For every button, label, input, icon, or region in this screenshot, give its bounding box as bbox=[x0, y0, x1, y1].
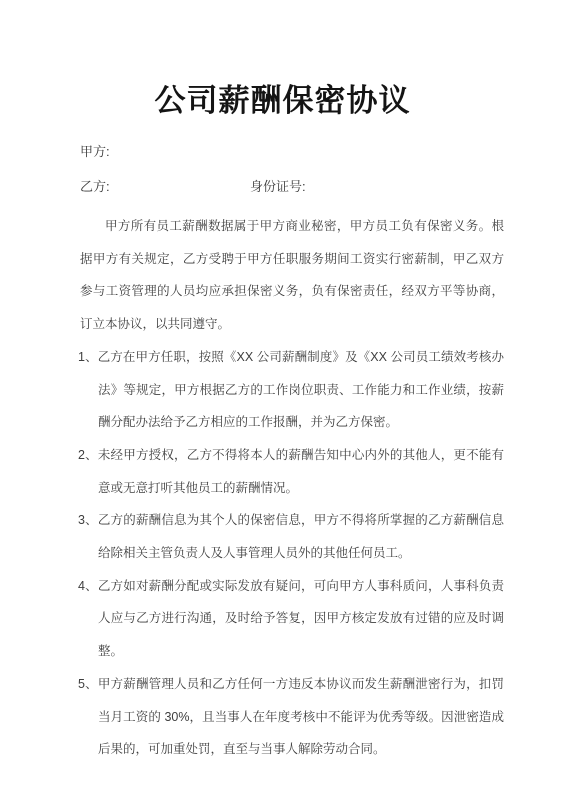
clause-item-3: 3、乙方的薪酬信息为其个人的保密信息，甲方不得将所掌握的乙方薪酬信息给除相关主管… bbox=[78, 504, 504, 569]
clause-number: 5、 bbox=[78, 677, 98, 691]
clause-text: 乙方在甲方任职，按照《XX 公司薪酬制度》及《XX 公司员工绩效考核办法》等规定… bbox=[98, 350, 504, 429]
clause-number: 2、 bbox=[78, 448, 98, 462]
party-a-row: 甲方: bbox=[80, 144, 504, 160]
clause-number: 4、 bbox=[78, 579, 98, 593]
document-title: 公司薪酬保密协议 bbox=[0, 82, 565, 120]
clause-text: 乙方的薪酬信息为其个人的保密信息，甲方不得将所掌握的乙方薪酬信息给除相关主管负责… bbox=[98, 513, 504, 560]
document-page: 公司薪酬保密协议 甲方: 乙方: 身份证号: 甲方所有员工薪酬数据属于甲方商业秘… bbox=[0, 0, 565, 800]
id-number-label: 身份证号: bbox=[250, 179, 306, 195]
party-a-label: 甲方: bbox=[80, 144, 110, 159]
clause-item-1: 1、乙方在甲方任职，按照《XX 公司薪酬制度》及《XX 公司员工绩效考核办法》等… bbox=[78, 341, 504, 439]
intro-paragraph: 甲方所有员工薪酬数据属于甲方商业秘密，甲方员工负有保密义务。根据甲方有关规定，乙… bbox=[80, 210, 504, 341]
clause-item-2: 2、未经甲方授权，乙方不得将本人的薪酬告知中心内外的其他人，更不能有意或无意打听… bbox=[78, 439, 504, 504]
clause-number: 3、 bbox=[78, 513, 98, 527]
party-b-row: 乙方: 身份证号: bbox=[80, 179, 504, 195]
party-b-label: 乙方: bbox=[80, 179, 110, 194]
clause-text: 甲方薪酬管理人员和乙方任何一方违反本协议而发生薪酬泄密行为，扣罚当月工资的 30… bbox=[98, 677, 504, 756]
clause-text: 乙方如对薪酬分配或实际发放有疑问，可向甲方人事科质问，人事科负责人应与乙方进行沟… bbox=[98, 579, 504, 658]
clause-number: 1、 bbox=[78, 350, 98, 364]
document-body: 甲方: 乙方: 身份证号: 甲方所有员工薪酬数据属于甲方商业秘密，甲方员工负有保… bbox=[80, 144, 504, 766]
clause-item-5: 5、甲方薪酬管理人员和乙方任何一方违反本协议而发生薪酬泄密行为，扣罚当月工资的 … bbox=[78, 668, 504, 766]
clause-item-4: 4、乙方如对薪酬分配或实际发放有疑问，可向甲方人事科质问，人事科负责人应与乙方进… bbox=[78, 570, 504, 668]
clause-text: 未经甲方授权，乙方不得将本人的薪酬告知中心内外的其他人，更不能有意或无意打听其他… bbox=[98, 448, 504, 495]
clause-list: 1、乙方在甲方任职，按照《XX 公司薪酬制度》及《XX 公司员工绩效考核办法》等… bbox=[78, 341, 504, 766]
